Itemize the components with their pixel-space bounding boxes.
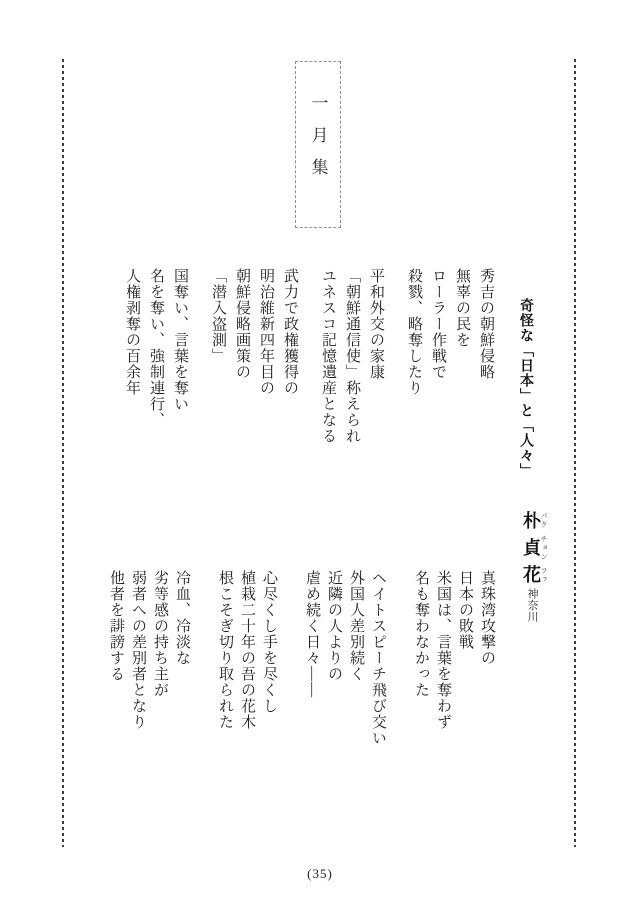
poem-line: 人権剥奪の百余年 — [120, 268, 144, 540]
poem-line: ローラー作戦で — [426, 268, 450, 540]
section-title-box: 一月集 — [295, 61, 341, 228]
section-title: 一月集 — [306, 94, 331, 190]
poem-line: 秀吉の朝鮮侵略 — [474, 268, 498, 540]
poem-line: 真珠湾攻撃の — [476, 570, 498, 840]
poem-line: 明治維新四年目の — [254, 268, 278, 540]
poem-line: 日本の敗戦 — [454, 570, 476, 840]
stanza: 冷血、冷淡な 劣等感の持ち主が 弱者への差別者となり 他者を誹謗する — [105, 570, 193, 840]
poem-line: 「潜入盗測」 — [206, 268, 230, 540]
stanza: 秀吉の朝鮮侵略 無辜の民を ローラー作戦で 殺戮、略奪したり — [402, 268, 498, 540]
poem-line: ユネスコ記憶遺産となる — [316, 268, 340, 540]
poem-line: 武力で政権獲得の — [278, 268, 302, 540]
right-margin-dashed-rule — [574, 59, 576, 847]
stanza: 武力で政権獲得の 明治維新四年目の 朝鮮侵略画策の 「潜入盗測」 — [206, 268, 302, 540]
poem-line: 名を奪い、強制連行、 — [144, 268, 168, 540]
poem-band-upper: 秀吉の朝鮮侵略 無辜の民を ローラー作戦で 殺戮、略奪したり 平和外交の家康 「… — [120, 268, 498, 540]
author-region: 神奈川 — [524, 588, 540, 623]
stanza: ヘイトスピーチ飛び交い 外国人差別続く 近隣の人よりの 虐め続く日々―― — [301, 570, 389, 840]
poem-line: 名も奪わなかった — [410, 570, 432, 840]
stanza: 国奪い、言葉を奪い 名を奪い、強制連行、 人権剥奪の百余年 — [120, 268, 192, 540]
poem-line: 無辜の民を — [450, 268, 474, 540]
furigana-part: チョン — [540, 535, 547, 562]
poem-line: 他者を誹謗する — [105, 570, 127, 840]
poem-line: 平和外交の家康 — [364, 268, 388, 540]
poem-line: 国奪い、言葉を奪い — [168, 268, 192, 540]
poem-title: 奇怪な「日本」と「人々」 — [517, 298, 537, 478]
poem-line: 朝鮮侵略画策の — [230, 268, 254, 540]
furigana-part: パク — [540, 512, 547, 530]
magazine-page: 一月集 奇怪な「日本」と「人々」 朴貞花 パクチョンファ 神奈川 秀吉の朝鮮侵略… — [0, 0, 640, 908]
author-furigana: パクチョンファ — [538, 512, 548, 585]
poem-line: 虐め続く日々―― — [301, 570, 323, 840]
stanza: 真珠湾攻撃の 日本の敗戦 米国は、言葉を奪わず 名も奪わなかった — [410, 570, 498, 840]
poem-line: 米国は、言葉を奪わず — [432, 570, 454, 840]
poem-band-lower: 真珠湾攻撃の 日本の敗戦 米国は、言葉を奪わず 名も奪わなかった ヘイトスピーチ… — [105, 570, 498, 840]
furigana-part: ファ — [540, 567, 547, 585]
poem-line: 外国人差別続く — [345, 570, 367, 840]
poem-line: 心尽くし手を尽くし — [258, 570, 280, 840]
poem-line: 冷血、冷淡な — [171, 570, 193, 840]
poem-line: 根こそぎ切り取られた — [214, 570, 236, 840]
poem-line: 植栽二十年の吾の花木 — [236, 570, 258, 840]
poem-line: ヘイトスピーチ飛び交い — [367, 570, 389, 840]
poem-line: 近隣の人よりの — [323, 570, 345, 840]
stanza: 心尽くし手を尽くし 植栽二十年の吾の花木 根こそぎ切り取られた — [214, 570, 280, 840]
left-margin-dashed-rule — [62, 59, 64, 847]
poem-line: 弱者への差別者となり — [127, 570, 149, 840]
poem-line: 「朝鮮通信使」称えられ — [340, 268, 364, 540]
poem-line: 劣等感の持ち主が — [149, 570, 171, 840]
poem-line: 殺戮、略奪したり — [402, 268, 426, 540]
page-number: (35) — [0, 866, 640, 882]
stanza: 平和外交の家康 「朝鮮通信使」称えられ ユネスコ記憶遺産となる — [316, 268, 388, 540]
